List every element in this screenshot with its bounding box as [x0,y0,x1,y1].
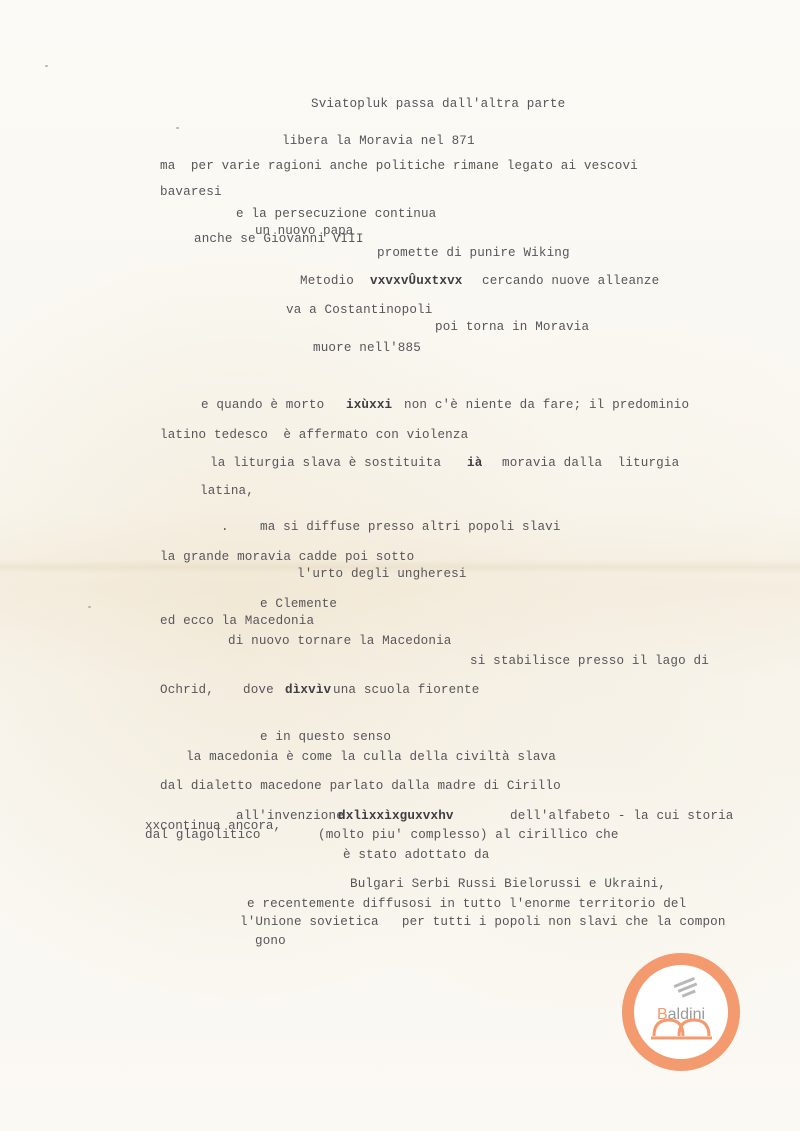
text-line: ma per varie ragioni anche politiche rim… [160,159,638,173]
text-line: si stabilisce presso il lago di [470,654,709,668]
text-line: ma si diffuse presso altri popoli slavi [260,520,561,534]
text-line: l'urto degli ungheresi [297,567,467,581]
text-line: la liturgia slava è sostituita [210,456,441,470]
text-line: dal glagolitico [145,828,261,842]
text-line: e in questo senso [260,730,391,744]
text-line: va a Costantinopoli [286,303,432,317]
text-line: latino tedesco è affermato con violenza [160,428,468,442]
text-line: non c'è niente da fare; il predominio [404,398,689,412]
text-line: una scuola fiorente [333,683,479,697]
baldini-logo-icon: Baldini [621,952,741,1072]
text-line: e recentemente diffusosi in tutto l'enor… [247,897,686,911]
text-line: gono [255,934,286,948]
text-line: la grande moravia cadde poi sotto [160,550,414,564]
library-stamp: Baldini [621,952,741,1072]
text-line: bavaresi [160,185,222,199]
paper-speck [88,606,91,608]
text-line: (molto piu' complesso) al cirillico che [318,828,619,842]
text-line: e Clemente [260,597,337,611]
text-line: anche se Giovanni VIII [194,232,364,246]
struck-out-text: dxlìxxìxguxvxhv [338,809,454,823]
paper-speck [176,127,179,129]
struck-out-text: vxvxvÛuxtxvx [370,274,463,288]
typewritten-page: Sviatopluk passa dall'altra parte libera… [0,0,800,1131]
text-line: . [221,520,229,534]
text-line: promette di punire Wiking [377,246,570,260]
text-line: dal dialetto macedone parlato dalla madr… [160,779,561,793]
text-line: e quando è morto [201,398,324,412]
text-line: dove [243,683,274,697]
struck-out-text: ià [467,456,482,470]
text-line: poi torna in Moravia [435,320,589,334]
text-line: Sviatopluk passa dall'altra parte [311,97,565,111]
text-line: la macedonia è come la culla della civil… [186,750,556,764]
text-line: latina, [200,484,254,498]
struck-out-text: ixùxxi [346,398,392,412]
text-line: è stato adottato da [343,848,489,862]
text-line: muore nell'885 [313,341,421,355]
text-line: cercando nuove alleanze [482,274,659,288]
text-line: l'Unione sovietica per tutti i popoli no… [240,915,726,929]
text-line: Ochrid, [160,683,214,697]
text-line: moravia dalla liturgia [502,456,679,470]
text-line: Metodio [300,274,354,288]
text-line: ed ecco la Macedonia [160,614,314,628]
text-line: e la persecuzione continua [236,207,436,221]
text-line: Bulgari Serbi Russi Bielorussi e Ukraini… [350,877,666,891]
text-line: dell'alfabeto - la cui storia [510,809,734,823]
text-line: libera la Moravia nel 871 [282,134,475,148]
struck-out-text: dìxvìv [285,683,331,697]
text-line: di nuovo tornare la Macedonia [228,634,452,648]
paper-speck [45,65,48,67]
